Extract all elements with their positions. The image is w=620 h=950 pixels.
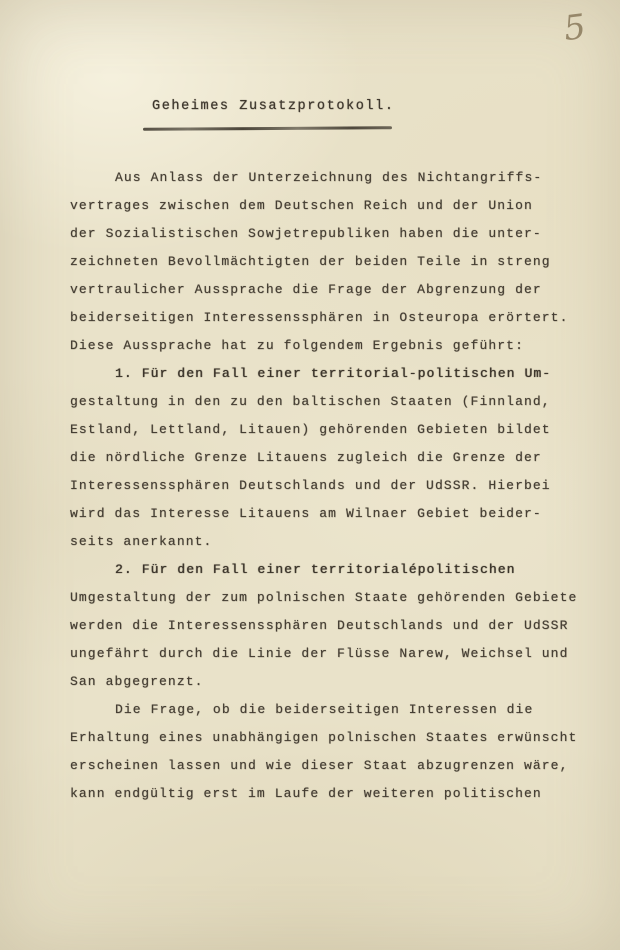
typewritten-line: 1. Für den Fall einer territorial-politi…: [70, 360, 590, 388]
typewritten-line: Diese Aussprache hat zu folgendem Ergebn…: [70, 332, 590, 360]
typewritten-line: Umgestaltung der zum polnischen Staate g…: [70, 584, 590, 612]
typewritten-line: vertraulicher Aussprache die Frage der A…: [70, 276, 590, 304]
typewritten-line: die nördliche Grenze Litauens zugleich d…: [70, 444, 590, 472]
typewritten-line: zeichneten Bevollmächtigten der beiden T…: [70, 248, 590, 276]
page-number: 5: [562, 7, 588, 49]
paragraph-poland-question: Die Frage, ob die beiderseitigen Interes…: [70, 696, 590, 808]
typewritten-line: beiderseitigen Interessenssphären in Ost…: [70, 304, 590, 332]
paragraph-point-2: 2. Für den Fall einer territorialépoliti…: [70, 556, 590, 696]
typewritten-line: ungefährt durch die Linie der Flüsse Nar…: [70, 640, 590, 668]
typewritten-line: seits anerkannt.: [70, 528, 590, 556]
document-title: Geheimes Zusatzprotokoll.: [152, 99, 395, 114]
paragraph-intro: Aus Anlass der Unterzeichnung des Nichta…: [70, 164, 590, 360]
typewritten-line: der Sozialistischen Sowjetrepubliken hab…: [70, 220, 590, 248]
typewritten-line: vertrages zwischen dem Deutschen Reich u…: [70, 192, 590, 220]
document-body: Aus Anlass der Unterzeichnung des Nichta…: [70, 164, 590, 808]
typewritten-line: Erhaltung eines unabhängigen polnischen …: [70, 724, 590, 752]
typewritten-line: 2. Für den Fall einer territorialépoliti…: [70, 556, 590, 584]
typewritten-line: kann endgültig erst im Laufe der weitere…: [70, 780, 590, 808]
typewritten-line: Interessenssphären Deutschlands und der …: [70, 472, 590, 500]
typewritten-line: werden die Interessenssphären Deutschlan…: [70, 612, 590, 640]
typewritten-line: Estland, Lettland, Litauen) gehörenden G…: [70, 416, 590, 444]
paragraph-point-1: 1. Für den Fall einer territorial-politi…: [70, 360, 590, 556]
typewritten-line: Aus Anlass der Unterzeichnung des Nichta…: [70, 164, 590, 192]
typewritten-line: erscheinen lassen und wie dieser Staat a…: [70, 752, 590, 780]
title-underline: [143, 126, 392, 131]
typewritten-line: wird das Interesse Litauens am Wilnaer G…: [70, 500, 590, 528]
typewritten-line: gestaltung in den zu den baltischen Staa…: [70, 388, 590, 416]
typewritten-line: San abgegrenzt.: [70, 668, 590, 696]
document-page: 5 Geheimes Zusatzprotokoll. Aus Anlass d…: [0, 0, 620, 950]
typewritten-line: Die Frage, ob die beiderseitigen Interes…: [70, 696, 590, 724]
